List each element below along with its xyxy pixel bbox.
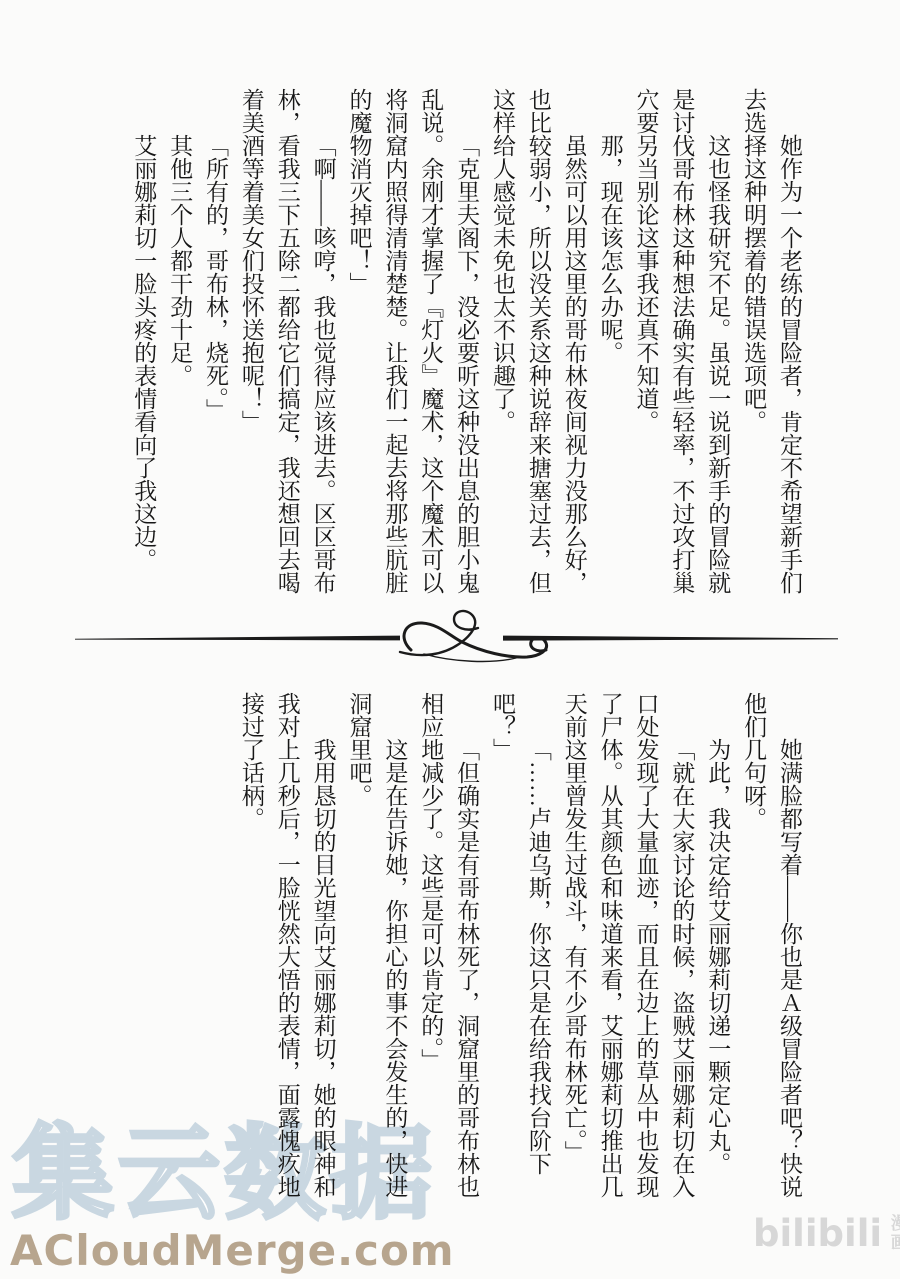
bilibili-wordmark: bilibili xyxy=(753,1215,882,1252)
novel-text-top: 她作为一个老练的冒险者，肯定不希望新手们去选择这种明摆着的错误选项吧。这也怪我研… xyxy=(125,88,807,595)
watermark-acloudmerge: ACloudMerge.com xyxy=(10,1226,455,1275)
paragraph: 这是在告诉她，你担心的事不会发生的，快进洞窟里吧。 xyxy=(341,692,413,1199)
paragraph: 「克里夫阁下，没必要听这种没出息的胆小鬼乱说。余刚才掌握了『灯火』魔术，这个魔术… xyxy=(341,88,485,595)
paragraph: 我用恳切的目光望向艾丽娜莉切，她的眼神和我对上几秒后，一脸恍然大悟的表情，面露愧… xyxy=(233,692,341,1199)
paragraph: 「所有的，哥布林，烧死。」 xyxy=(197,88,233,595)
bilibili-logo: bilibili 漫画 xyxy=(753,1214,900,1252)
paragraph: 为此，我决定给艾丽娜莉切递一颗定心丸。 xyxy=(699,692,735,1199)
paragraph: 「啊——咳哼，我也觉得应该进去。区区哥布林，看我三下五除二都给它们搞定，我还想回… xyxy=(233,88,341,595)
paragraph: 这也怪我研究不足。虽说一说到新手的冒险就是讨伐哥布林这种想法确实有些轻率，不过攻… xyxy=(628,88,736,595)
paragraph: 她作为一个老练的冒险者，肯定不希望新手们去选择这种明摆着的错误选项吧。 xyxy=(735,88,807,595)
paragraph: 那，现在该怎么办呢。 xyxy=(592,88,628,595)
bilibili-manhua-label: 漫画 xyxy=(887,1214,900,1252)
paragraph: 其他三个人都干劲十足。 xyxy=(161,88,197,595)
paragraph: 「……卢迪乌斯，你这只是在给我找台阶下吧？」 xyxy=(484,692,556,1199)
paragraph: 虽然可以用这里的哥布林夜间视力没那么好，也比较弱小，所以没关系这种说辞来搪塞过去… xyxy=(484,88,592,595)
section-divider xyxy=(0,588,900,692)
novel-text-bottom: 她满脸都写着——你也是Ａ级冒险者吧？快说他们几句呀。为此，我决定给艾丽娜莉切递一… xyxy=(233,692,807,1199)
paragraph: 艾丽娜莉切一脸头疼的表情看向了我这边。 xyxy=(125,88,161,595)
paragraph: 「就在大家讨论的时候，盗贼艾丽娜莉切在入口处发现了大量血迹，而且在边上的草丛中也… xyxy=(556,692,700,1199)
paragraph: 她满脸都写着——你也是Ａ级冒险者吧？快说他们几句呀。 xyxy=(735,692,807,1199)
paragraph: 「但确实是有哥布林死了，洞窟里的哥布林也相应地减少了。这些是可以肯定的。」 xyxy=(412,692,484,1199)
